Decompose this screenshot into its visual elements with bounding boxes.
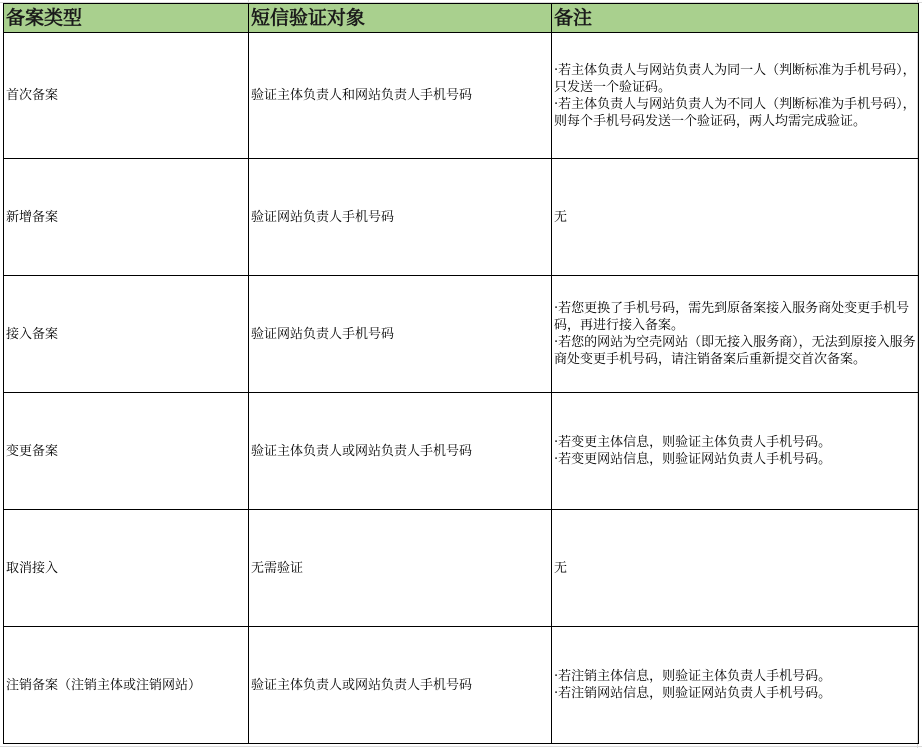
note-line: ·若主体负责人与网站负责人为不同人（判断标准为手机号码），则每个手机号码发送一个… (554, 96, 916, 130)
note-line: ·若变更主体信息，则验证主体负责人手机号码。 (554, 434, 916, 451)
cell-sms-target[interactable]: 验证网站负责人手机号码 (249, 276, 552, 393)
table-row: 注销备案（注销主体或注销网站） 验证主体负责人或网站负责人手机号码 ·若注销主体… (4, 627, 919, 744)
cell-sms-target[interactable]: 验证主体负责人和网站负责人手机号码 (249, 33, 552, 159)
cell-sms-target[interactable]: 无需验证 (249, 510, 552, 627)
table-header-row: 备案类型 短信验证对象 备注 (4, 4, 919, 33)
cell-notes[interactable]: ·若变更主体信息，则验证主体负责人手机号码。 ·若变更网站信息，则验证网站负责人… (552, 393, 919, 510)
table-row: 接入备案 验证网站负责人手机号码 ·若您更换了手机号码，需先到原备案接入服务商处… (4, 276, 919, 393)
table-row: 首次备案 验证主体负责人和网站负责人手机号码 ·若主体负责人与网站负责人为同一人… (4, 33, 919, 159)
cell-filing-type[interactable]: 取消接入 (4, 510, 249, 627)
cell-filing-type[interactable]: 新增备案 (4, 159, 249, 276)
table-row: 变更备案 验证主体负责人或网站负责人手机号码 ·若变更主体信息，则验证主体负责人… (4, 393, 919, 510)
note-line: 无 (554, 560, 916, 577)
cell-notes[interactable]: 无 (552, 510, 919, 627)
cell-filing-type[interactable]: 首次备案 (4, 33, 249, 159)
cell-filing-type[interactable]: 注销备案（注销主体或注销网站） (4, 627, 249, 744)
cell-filing-type[interactable]: 变更备案 (4, 393, 249, 510)
note-line: ·若注销网站信息，则验证网站负责人手机号码。 (554, 685, 916, 702)
cell-sms-target[interactable]: 验证主体负责人或网站负责人手机号码 (249, 627, 552, 744)
cell-notes[interactable]: ·若主体负责人与网站负责人为同一人（判断标准为手机号码），只发送一个验证码。 ·… (552, 33, 919, 159)
cell-filing-type[interactable]: 接入备案 (4, 276, 249, 393)
header-sms-target[interactable]: 短信验证对象 (249, 4, 552, 33)
header-filing-type[interactable]: 备案类型 (4, 4, 249, 33)
cell-notes[interactable]: 无 (552, 159, 919, 276)
cell-notes[interactable]: ·若注销主体信息，则验证主体负责人手机号码。 ·若注销网站信息，则验证网站负责人… (552, 627, 919, 744)
note-line: ·若主体负责人与网站负责人为同一人（判断标准为手机号码），只发送一个验证码。 (554, 62, 916, 96)
note-line: ·若您更换了手机号码，需先到原备案接入服务商处变更手机号码，再进行接入备案。 (554, 300, 916, 334)
cell-sms-target[interactable]: 验证主体负责人或网站负责人手机号码 (249, 393, 552, 510)
note-line: ·若变更网站信息，则验证网站负责人手机号码。 (554, 451, 916, 468)
note-line: ·若您的网站为空壳网站（即无接入服务商），无法到原接入服务商处变更手机号码，请注… (554, 334, 916, 368)
cell-notes[interactable]: ·若您更换了手机号码，需先到原备案接入服务商处变更手机号码，再进行接入备案。 ·… (552, 276, 919, 393)
header-notes[interactable]: 备注 (552, 4, 919, 33)
note-line: ·若注销主体信息，则验证主体负责人手机号码。 (554, 668, 916, 685)
table-row: 新增备案 验证网站负责人手机号码 无 (4, 159, 919, 276)
cell-sms-target[interactable]: 验证网站负责人手机号码 (249, 159, 552, 276)
sms-verification-table: 备案类型 短信验证对象 备注 首次备案 验证主体负责人和网站负责人手机号码 ·若… (3, 3, 919, 744)
note-line: 无 (554, 209, 916, 226)
table-row: 取消接入 无需验证 无 (4, 510, 919, 627)
